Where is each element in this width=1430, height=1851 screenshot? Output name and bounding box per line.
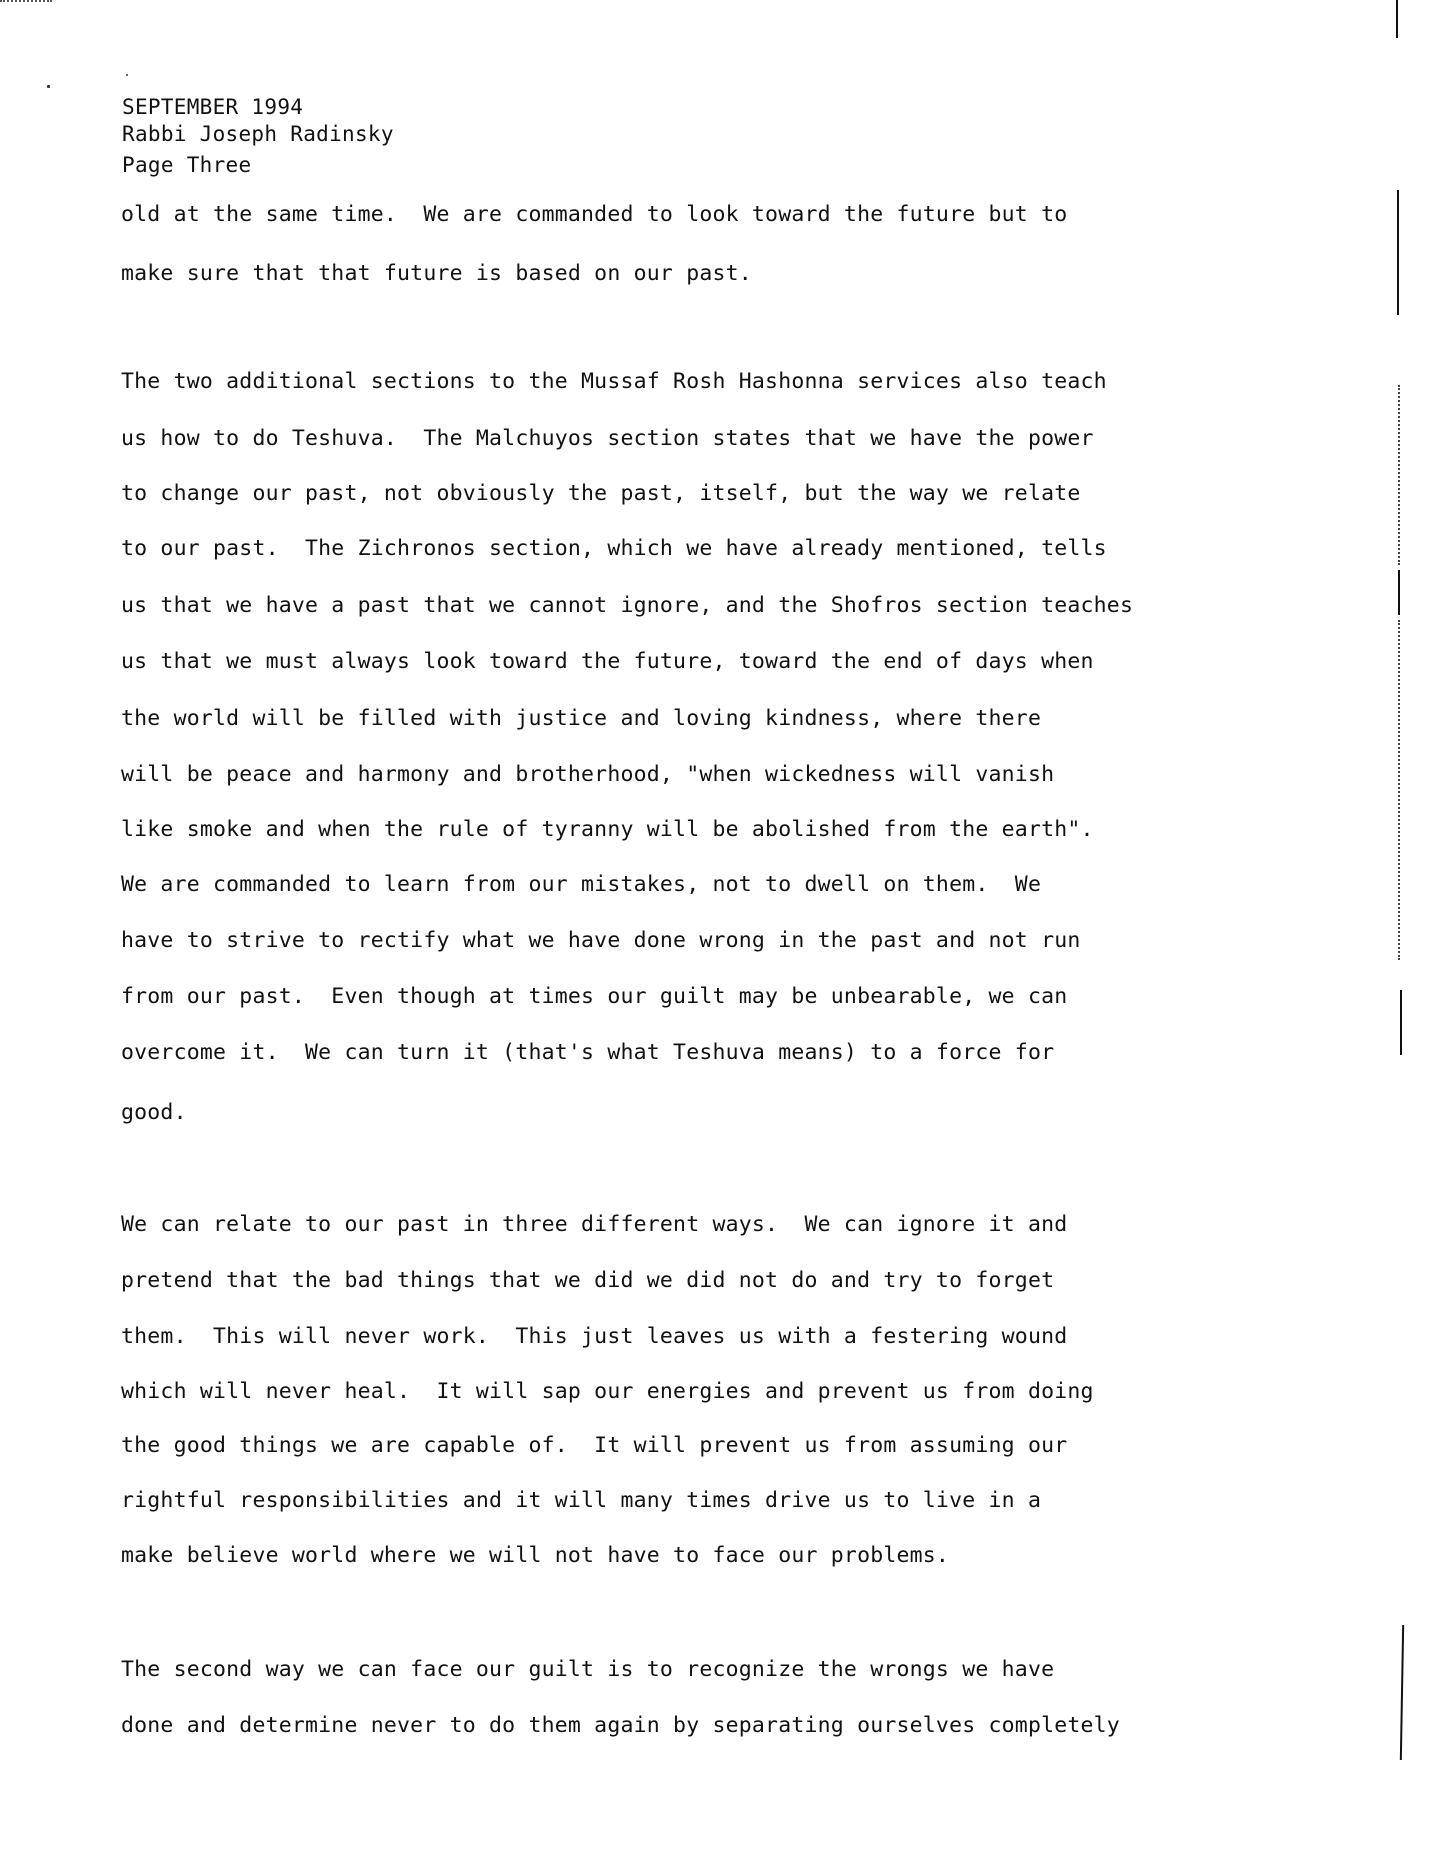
page-edge-mark — [1398, 620, 1400, 960]
scan-artifact — [0, 0, 52, 4]
body-text-line: from our past. Even though at times our … — [121, 984, 1067, 1010]
page-edge-mark — [1398, 570, 1400, 615]
header-date: SEPTEMBER 1994 — [122, 95, 303, 119]
body-text-line: them. This will never work. This just le… — [121, 1324, 1067, 1350]
body-text-line: good. — [121, 1100, 187, 1126]
body-text-line: The second way we can face our guilt is … — [121, 1657, 1054, 1683]
page-edge-mark — [1398, 385, 1400, 565]
body-text-line: the world will be filled with justice an… — [121, 706, 1041, 732]
body-text-line: We can relate to our past in three diffe… — [121, 1212, 1067, 1238]
body-text-line: which will never heal. It will sap our e… — [121, 1379, 1094, 1405]
body-text-line: overcome it. We can turn it (that's what… — [121, 1040, 1054, 1066]
body-text-line: the good things we are capable of. It wi… — [121, 1433, 1067, 1459]
body-text-line: will be peace and harmony and brotherhoo… — [121, 762, 1054, 788]
body-text-line: have to strive to rectify what we have d… — [121, 928, 1081, 954]
body-text-line: The two additional sections to the Mussa… — [121, 369, 1107, 395]
body-text-line: us that we have a past that we cannot ig… — [121, 593, 1133, 619]
page-edge-mark — [1396, 0, 1398, 38]
body-text-line: old at the same time. We are commanded t… — [121, 202, 1067, 228]
page-edge-mark — [1400, 1625, 1404, 1760]
body-text-line: We are commanded to learn from our mista… — [121, 872, 1041, 898]
body-text-line: make sure that that future is based on o… — [121, 261, 752, 287]
body-text-line: like smoke and when the rule of tyranny … — [121, 817, 1094, 843]
header-page-number: Page Three — [122, 153, 251, 177]
page-edge-mark — [1400, 990, 1402, 1055]
body-text-line: us that we must always look toward the f… — [121, 649, 1094, 675]
scan-speck — [126, 74, 128, 76]
body-text-line: to our past. The Zichronos section, whic… — [121, 536, 1107, 562]
body-text-line: us how to do Teshuva. The Malchuyos sect… — [121, 426, 1094, 452]
body-text-line: pretend that the bad things that we did … — [121, 1268, 1054, 1294]
header-author: Rabbi Joseph Radinsky — [122, 122, 394, 146]
body-text-line: done and determine never to do them agai… — [121, 1713, 1120, 1739]
body-text-line: rightful responsibilities and it will ma… — [121, 1488, 1041, 1514]
page-edge-mark — [1397, 190, 1399, 315]
scan-speck — [47, 85, 50, 88]
body-text-line: to change our past, not obviously the pa… — [121, 481, 1081, 507]
document-page: SEPTEMBER 1994 Rabbi Joseph Radinsky Pag… — [0, 0, 1430, 1851]
body-text-line: make believe world where we will not hav… — [121, 1543, 949, 1569]
